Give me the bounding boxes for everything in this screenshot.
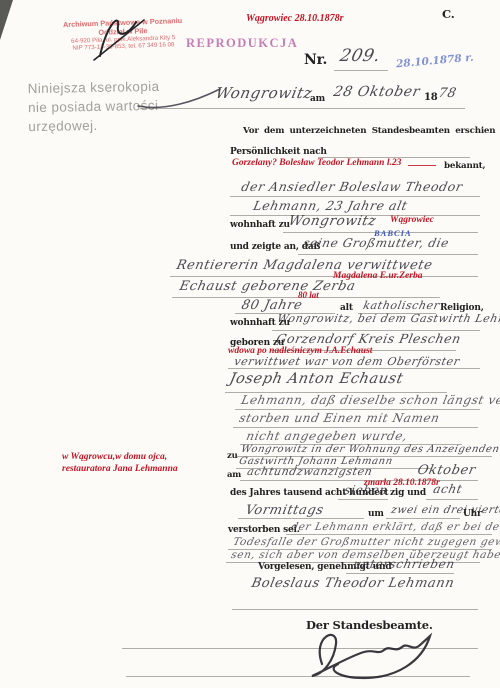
hw-age: 80 Jahre [240,298,304,313]
hw-time-value: zwei ein drei viertel [390,504,500,516]
hw-religion: katholischer [362,299,441,312]
annotation-blue-date: 28.10.1878 r. [396,52,474,71]
hw-widow-line: verwittwet war von dem Oberförster [233,355,461,368]
archivist-initials-signature [90,10,154,64]
hw-time-of-day: Vormittags [244,503,325,518]
annotation-death-place-line2: restauratora Jana Lehmanna [62,464,178,474]
heading-year-written: 78 [437,86,458,101]
form-um-label: um [368,509,384,519]
form-am-label: am [227,470,241,480]
hw-birthplace: Gorzendorf Kreis Pleschen [275,331,463,346]
hw-residence-deceased: Wongrowitz, bei dem Gastwirth Lehmann [276,312,500,325]
annotation-town: Wągrowiec [390,215,434,225]
hw-signed-word: unterschrieben [352,557,456,571]
page-corner-letter: C. [442,7,455,21]
form-uhr-label: Uhr [463,509,482,519]
annotation-declarant-name: Gorzelany? Bolesław Teodor Lehmann l.23 [232,158,401,168]
hw-deceased-line2: Echaust geborene Zerba [178,279,357,294]
number-label: Nr. [304,52,327,68]
hw-announce: seine Großmutter, die [302,236,450,250]
form-wohnhaft-zu-1: wohnhaft zu [230,220,290,230]
hw-declarant-line1: der Ansiedler Boleslaw Theodor [240,179,464,194]
document-scan: Archiwum Państwowe w Poznaniu Oddział w … [0,0,500,688]
form-zig-und: zig und [390,488,426,498]
hw-declarant-line2: Lehmann, 23 Jahre alt [252,198,409,213]
annotation-header-date: Wągrowiec 28.10.1878r [246,13,344,24]
hw-year-ones: acht [432,482,464,496]
hw-body-line1: Lehmann, daß dieselbe schon längst ver- [240,393,500,407]
annotation-death-place-line1: w Wągrowcu,w domu ojca, [62,452,167,462]
number-value: 209. [338,46,383,66]
heading-date: 28 Oktober [332,84,422,100]
hw-year-tens: sieben [343,483,389,497]
declarant-signature: Boleslaus Theodor Lehmann [250,576,456,591]
heading-am-label: am [310,94,325,104]
hw-husband-name: Joseph Anton Echaust [228,371,405,387]
hw-body-line2: storben und Einen mit Namen [238,411,441,425]
form-intro-line: Vor dem unterzeichneten Standesbeamten e… [243,126,500,136]
heading-year-printed: 18 [424,92,438,103]
hw-statement-line1: der Lehmann erklärt, daß er bei dem [290,521,500,533]
copy-stamp-line3: urzędowej. [28,115,160,136]
registrar-signature [292,624,462,686]
hw-death-day: achtundzwanzigsten [246,465,374,478]
heading-place: Wongrowitz [214,84,314,102]
hw-death-place-line1: Wongrowitz in der Wohnung des Anzeigende… [240,444,500,455]
hw-residence-declarant: Wongrowitz [287,213,378,229]
hw-statement-line2: Todesfalle der Großmutter nicht zugegen … [232,536,500,548]
form-bekannt-label: bekannt, [444,161,485,171]
hw-body-line3: nicht angegeben wurde, [245,429,409,443]
hw-death-month: Oktober [416,463,477,478]
scan-corner-mark [0,0,13,40]
heading-pen-flourish [136,84,222,110]
reproduction-stamp: REPRODUKCJA [186,36,298,51]
form-persoenlichkeit-label: Persönlichkeit nach [230,147,327,157]
